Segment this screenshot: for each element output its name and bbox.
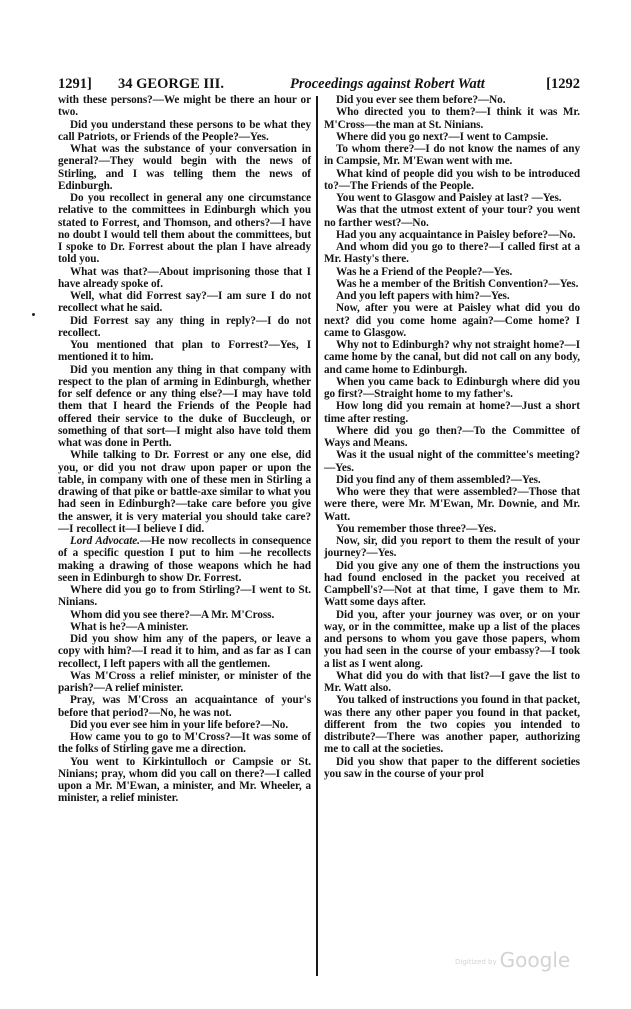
paragraph: How came you to go to M'Cross?—It was so… — [58, 731, 311, 756]
paragraph-text: How long did you remain at home?—Just a … — [324, 400, 580, 424]
left-column: with these persons?—We might be there an… — [58, 94, 311, 805]
paragraph-text: Do you recollect in general any one circ… — [58, 192, 311, 265]
reign-label: 34 GEORGE III. — [118, 76, 224, 93]
paragraph: Where did you go then?—To the Committee … — [324, 425, 580, 450]
paragraph: Now, sir, did you report to them the res… — [324, 535, 580, 560]
paragraph: You went to Glasgow and Paisley at last?… — [324, 192, 580, 204]
paragraph: Where did you go next?—I went to Campsie… — [324, 131, 580, 143]
paragraph: While talking to Dr. Forrest or any one … — [58, 449, 311, 535]
paragraph-text: Whom did you see there?—A Mr. M'Cross. — [70, 609, 274, 621]
paragraph-text: What kind of people did you wish to be i… — [324, 168, 580, 192]
paragraph-text: Had you any acquaintance in Paisley befo… — [336, 229, 576, 241]
right-column: Did you ever see them before?—No.Who dir… — [324, 94, 580, 780]
paragraph: Did you, after your journey was over, or… — [324, 609, 580, 670]
paragraph-text: Did Forrest say any thing in reply?—I do… — [58, 315, 311, 339]
paragraph-text: Did you ever see them before?—No. — [336, 94, 505, 106]
paragraph: When you came back to Edinburgh where di… — [324, 376, 580, 401]
column-divider — [316, 96, 318, 976]
paragraph-text: Why not to Edinburgh? why not straight h… — [324, 339, 580, 376]
paragraph-text: Did you find any of them assembled?—Yes. — [336, 474, 541, 486]
paragraph-text: Did you understand these persons to be w… — [58, 119, 311, 143]
paragraph-text: Where did you go next?—I went to Campsie… — [336, 131, 548, 143]
paragraph-text: What is he?—A minister. — [70, 621, 188, 633]
running-title: Proceedings against Robert Watt — [290, 76, 485, 93]
paragraph: Who were they that were assembled?—Those… — [324, 486, 580, 523]
watermark-google-text: Google — [500, 948, 571, 972]
paragraph: Did you show that paper to the different… — [324, 756, 580, 781]
paragraph-text: What was the substance of your conversat… — [58, 143, 311, 192]
left-page-number: 1291] — [58, 76, 92, 93]
paragraph: What was that?—About imprisoning those t… — [58, 266, 311, 291]
paragraph-text: Was he a Friend of the People?—Yes. — [336, 266, 512, 278]
paragraph-text: Did you show him any of the papers, or l… — [58, 633, 311, 670]
paragraph: What kind of people did you wish to be i… — [324, 168, 580, 193]
paragraph-text: You remember those three?—Yes. — [336, 523, 496, 535]
paragraph: Did you give any one of them the instruc… — [324, 560, 580, 609]
paragraph-text: And whom did you go to there?—I called f… — [324, 241, 580, 265]
paragraph: Did you ever see them before?—No. — [324, 94, 580, 106]
paragraph-text: You went to Kirkintulloch or Campsie or … — [58, 756, 311, 805]
paragraph: What was the substance of your conversat… — [58, 143, 311, 192]
paragraph-text: Where did you go then?—To the Committee … — [324, 425, 580, 449]
paragraph: Who directed you to them?—I think it was… — [324, 106, 580, 131]
paragraph-text: Did you ever see him in your life before… — [70, 719, 288, 731]
paragraph: You remember those three?—Yes. — [324, 523, 580, 535]
paragraph-text: What did you do with that list?—I gave t… — [324, 670, 580, 694]
paragraph-text: Did you, after your journey was over, or… — [324, 609, 580, 670]
paragraph: And whom did you go to there?—I called f… — [324, 241, 580, 266]
paragraph-text: Was it the usual night of the committee'… — [324, 449, 580, 473]
paragraph-text: Pray, was M'Cross an acquaintance of you… — [58, 694, 311, 718]
paragraph-text: To whom there?—I do not know the names o… — [324, 143, 580, 167]
paragraph: Pray, was M'Cross an acquaintance of you… — [58, 694, 311, 719]
paragraph-text: Did you show that paper to the different… — [324, 756, 580, 780]
paragraph: Had you any acquaintance in Paisley befo… — [324, 229, 580, 241]
paragraph-text: Who were they that were assembled?—Those… — [324, 486, 580, 523]
paragraph: Was he a member of the British Conventio… — [324, 278, 580, 290]
paragraph: Now, after you were at Paisley what did … — [324, 302, 580, 339]
running-header: 1291] 34 GEORGE III. Proceedings against… — [58, 76, 580, 94]
paragraph: You talked of instructions you found in … — [324, 694, 580, 755]
paragraph: Well, what did Forrest say?—I am sure I … — [58, 290, 311, 315]
paragraph-text: You mentioned that plan to Forrest?—Yes,… — [58, 339, 311, 363]
paragraph-text: Was M'Cross a relief minister, or minist… — [58, 670, 311, 694]
paragraph-text: Where did you go to from Stirling?—I wen… — [58, 584, 311, 608]
paragraph: And you left papers with him?—Yes. — [324, 290, 580, 302]
paragraph-text: Was that the utmost extent of your tour?… — [324, 204, 580, 228]
paragraph: Did you show him any of the papers, or l… — [58, 633, 311, 670]
paragraph: You mentioned that plan to Forrest?—Yes,… — [58, 339, 311, 364]
paragraph: Was that the utmost extent of your tour?… — [324, 204, 580, 229]
watermark-small-text: Digitized by — [455, 958, 497, 966]
paragraph-text: How came you to go to M'Cross?—It was so… — [58, 731, 311, 755]
paragraph: Did Forrest say any thing in reply?—I do… — [58, 315, 311, 340]
paragraph: Was M'Cross a relief minister, or minist… — [58, 670, 311, 695]
paragraph-text: What was that?—About imprisoning those t… — [58, 266, 311, 290]
paragraph: Lord Advocate.—He now recollects in cons… — [58, 535, 311, 584]
paragraph-text: Was he a member of the British Conventio… — [336, 278, 578, 290]
digitized-watermark: Digitized byGoogle — [455, 948, 570, 972]
paragraph: To whom there?—I do not know the names o… — [324, 143, 580, 168]
paragraph: Was it the usual night of the committee'… — [324, 449, 580, 474]
paragraph: Did you mention any thing in that compan… — [58, 364, 311, 450]
paragraph-text: with these persons?—We might be there an… — [58, 94, 311, 118]
paragraph-text: And you left papers with him?—Yes. — [336, 290, 510, 302]
paragraph-text: Now, after you were at Paisley what did … — [324, 302, 580, 339]
paragraph-text: You talked of instructions you found in … — [324, 694, 580, 755]
paragraph: What did you do with that list?—I gave t… — [324, 670, 580, 695]
paragraph: Where did you go to from Stirling?—I wen… — [58, 584, 311, 609]
paragraph: What is he?—A minister. — [58, 621, 311, 633]
paragraph: with these persons?—We might be there an… — [58, 94, 311, 119]
paragraph: Did you find any of them assembled?—Yes. — [324, 474, 580, 486]
margin-speck — [32, 313, 35, 316]
paragraph-text: Who directed you to them?—I think it was… — [324, 106, 580, 130]
paragraph-text: Did you mention any thing in that compan… — [58, 364, 311, 450]
paragraph: Do you recollect in general any one circ… — [58, 192, 311, 266]
speaker-label: Lord Advocate. — [70, 535, 140, 547]
paragraph-text: When you came back to Edinburgh where di… — [324, 376, 580, 400]
paragraph: How long did you remain at home?—Just a … — [324, 400, 580, 425]
paragraph: Was he a Friend of the People?—Yes. — [324, 266, 580, 278]
paragraph-text: You went to Glasgow and Paisley at last?… — [336, 192, 562, 204]
paragraph-text: Did you give any one of them the instruc… — [324, 560, 580, 609]
paragraph-text: While talking to Dr. Forrest or any one … — [58, 449, 311, 535]
paragraph: Did you ever see him in your life before… — [58, 719, 311, 731]
paragraph: Whom did you see there?—A Mr. M'Cross. — [58, 609, 311, 621]
paragraph-text: Well, what did Forrest say?—I am sure I … — [58, 290, 311, 314]
right-page-number: [1292 — [546, 76, 580, 93]
paragraph: Why not to Edinburgh? why not straight h… — [324, 339, 580, 376]
paragraph: You went to Kirkintulloch or Campsie or … — [58, 756, 311, 805]
paragraph: Did you understand these persons to be w… — [58, 119, 311, 144]
paragraph-text: Now, sir, did you report to them the res… — [324, 535, 580, 559]
